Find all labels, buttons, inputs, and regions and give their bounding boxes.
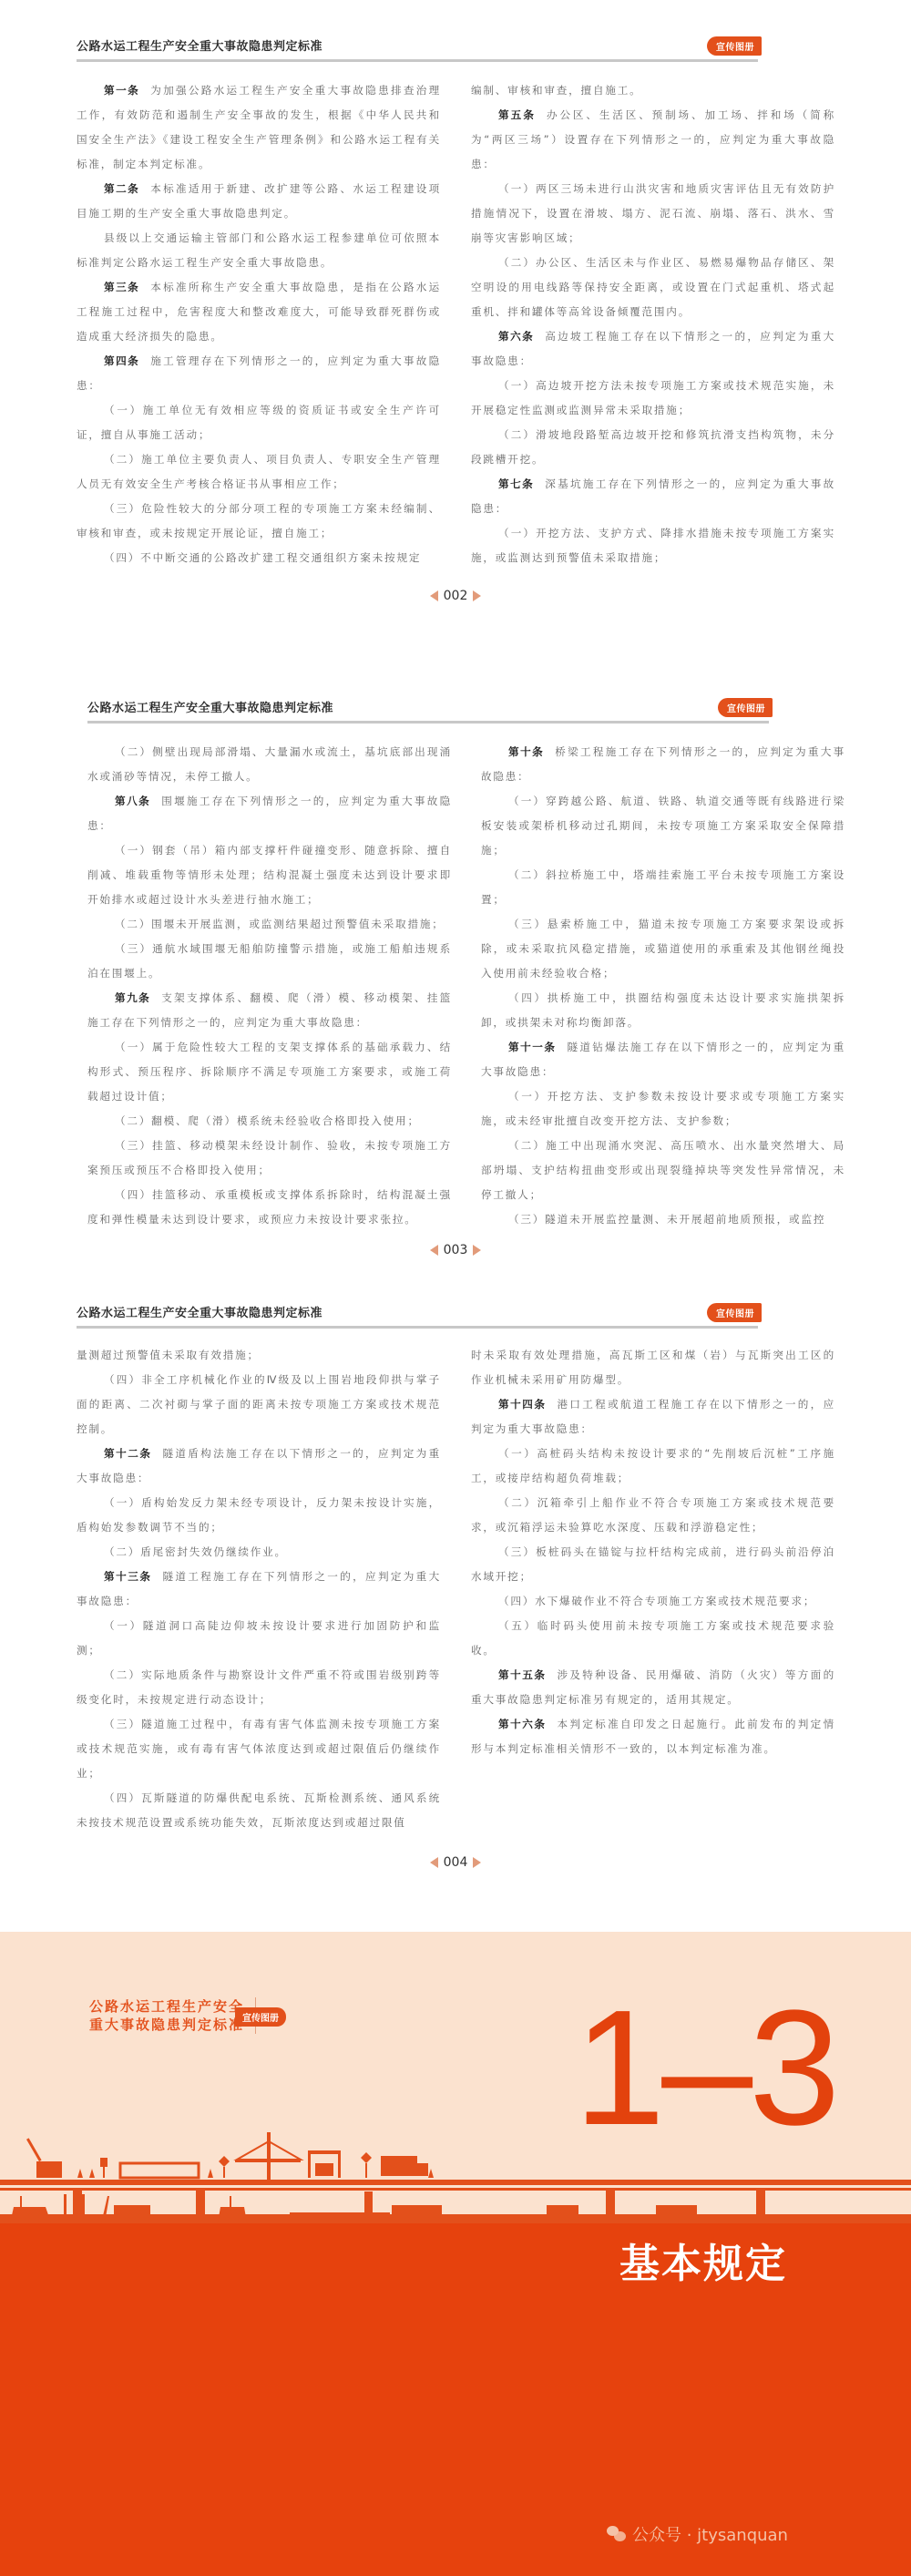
paragraph-text: （二）办公区、生活区未与作业区、易燃易爆物品存储区、架空明设的用电线路等保持安全…: [471, 256, 835, 318]
article-number: 第三条: [104, 281, 139, 293]
article-number: 第十五条: [498, 1668, 546, 1681]
paragraph-text: （二）施工中出现涌水突泥、高压喷水、出水量突然增大、局部坍塌、支护结构扭曲变形或…: [481, 1139, 845, 1201]
article-paragraph: 第九条支架支撑体系、翻模、爬（滑）模、移动模架、挂篮施工存在下列情形之一的，应判…: [87, 986, 452, 1035]
article-number: 第八条: [115, 795, 150, 807]
right-column: 编制、审核和审查，擅自施工。第五条办公区、生活区、预制场、加工场、拌和场（简称为…: [471, 78, 835, 570]
brochure-badge: 宣传图册: [707, 36, 762, 56]
article-number: 第十二条: [104, 1447, 151, 1460]
clause-paragraph: （一）开挖方法、支护方式、降排水措施未按专项施工方案实施，或监测达到预警值未采取…: [471, 521, 835, 570]
paragraph-text: （四）挂篮移动、承重模板或支撑体系拆除时，结构混凝土强度和弹性模量未达到设计要求…: [87, 1188, 452, 1226]
paragraph-text: （三）危险性较大的分部分项工程的专项施工方案未经编制、审核和审查，或未按规定开展…: [77, 502, 441, 539]
clause-paragraph: （四）水下爆破作业不符合专项施工方案或技术规范要求；: [471, 1589, 835, 1614]
paragraph-text: （三）悬索桥施工中，猫道未按专项施工方案要求架设或拆除，或未采取抗风稳定措施，或…: [481, 918, 845, 980]
cover-brochure-badge: 宣传图册: [235, 2007, 286, 2027]
page-number: 003: [444, 1243, 468, 1257]
document-page-003: 公路水运工程生产安全重大事故隐患判定标准 宣传图册 （二）侧壁出现局部滑塌、大量…: [0, 693, 911, 1294]
page-header-title: 公路水运工程生产安全重大事故隐患判定标准: [77, 1303, 322, 1320]
article-paragraph: 第八条围堰施工存在下列情形之一的，应判定为重大事故隐患：: [87, 789, 452, 838]
clause-paragraph: （一）两区三场未进行山洪灾害和地质灾害评估且无有效防护措施情况下，设置在滑坡、塌…: [471, 177, 835, 251]
clause-paragraph: 量测超过预警值未采取有效措施；: [77, 1343, 441, 1368]
page-pager: 003: [0, 1243, 911, 1257]
clause-paragraph: （二）斜拉桥施工中，塔端挂索施工平台未按专项施工方案设置；: [481, 863, 845, 912]
paragraph-text: （四）拱桥施工中，拱圈结构强度未达设计要求实施拱架拆卸，或拱架未对称均衡卸落。: [481, 991, 845, 1029]
article-number: 第六条: [498, 330, 534, 343]
article-paragraph: 第十二条隧道盾构法施工存在以下情形之一的，应判定为重大事故隐患：: [77, 1442, 441, 1491]
clause-paragraph: 编制、审核和审查，擅自施工。: [471, 78, 835, 103]
next-page-icon[interactable]: [473, 1245, 481, 1256]
paragraph-text: 为加强公路水运工程生产安全重大事故隐患排查治理工作，有效防范和遏制生产安全事故的…: [77, 84, 441, 170]
article-number: 第九条: [115, 991, 150, 1004]
article-paragraph: 第十条桥梁工程施工存在下列情形之一的，应判定为重大事故隐患：: [481, 740, 845, 789]
paragraph-text: 量测超过预警值未采取有效措施；: [77, 1349, 260, 1361]
paragraph-text: 编制、审核和审查，擅自施工。: [471, 84, 642, 97]
clause-paragraph: （四）拱桥施工中，拱圈结构强度未达设计要求实施拱架拆卸，或拱架未对称均衡卸落。: [481, 986, 845, 1035]
page-number: 004: [444, 1855, 468, 1870]
paragraph-text: （二）滑坡地段路堑高边坡开挖和修筑抗滑支挡构筑物，未分段跳槽开挖。: [471, 428, 835, 466]
clause-paragraph: （二）施工单位主要负责人、项目负责人、专职安全生产管理人员无有效安全生产考核合格…: [77, 447, 441, 497]
next-page-icon[interactable]: [473, 1857, 481, 1868]
paragraph-text: （五）临时码头使用前未按专项施工方案或技术规范要求验收。: [471, 1619, 835, 1657]
article-number: 第一条: [104, 84, 139, 97]
clause-paragraph: 县级以上交通运输主管部门和公路水运工程参建单位可依照本标准判定公路水运工程生产安…: [77, 226, 441, 275]
page-pager: 004: [0, 1855, 911, 1870]
paragraph-text: （二）围堰未开展监测，或监测结果超过预警值未采取措施；: [115, 918, 445, 930]
paragraph-text: 县级以上交通运输主管部门和公路水运工程参建单位可依照本标准判定公路水运工程生产安…: [77, 231, 441, 269]
clause-paragraph: （三）悬索桥施工中，猫道未按专项施工方案要求架设或拆除，或未采取抗风稳定措施，或…: [481, 912, 845, 986]
next-page-icon[interactable]: [473, 590, 481, 601]
paragraph-text: （一）开挖方法、支护参数未按设计要求或专项施工方案实施，或未经审批擅自改变开挖方…: [481, 1090, 845, 1127]
paragraph-text: （一）开挖方法、支护方式、降排水措施未按专项施工方案实施，或监测达到预警值未采取…: [471, 527, 835, 564]
clause-paragraph: （四）挂篮移动、承重模板或支撑体系拆除时，结构混凝土强度和弹性模量未达到设计要求…: [87, 1183, 452, 1232]
article-paragraph: 第三条本标准所称生产安全重大事故隐患，是指在公路水运工程施工过程中，危害程度大和…: [77, 275, 441, 349]
clause-paragraph: （三）通航水域围堰无船舶防撞警示措施，或施工船舶违规系泊在围堰上。: [87, 937, 452, 986]
wechat-watermark: 公众号 · jtysanquan: [607, 2522, 788, 2546]
clause-paragraph: （一）高边坡开挖方法未按专项施工方案或技术规范实施，未开展稳定性监测或监测异常未…: [471, 374, 835, 423]
article-number: 第七条: [498, 477, 534, 490]
paragraph-text: （二）斜拉桥施工中，塔端挂索施工平台未按专项施工方案设置；: [481, 868, 845, 906]
paragraph-text: （二）实际地质条件与勘察设计文件严重不符或围岩级别跨等级变化时，未按规定进行动态…: [77, 1668, 441, 1706]
page-header: 公路水运工程生产安全重大事故隐患判定标准 宣传图册: [87, 693, 769, 724]
clause-paragraph: （二）实际地质条件与勘察设计文件严重不符或围岩级别跨等级变化时，未按规定进行动态…: [77, 1663, 441, 1712]
paragraph-text: （四）不中断交通的公路改扩建工程交通组织方案未按规定: [104, 551, 421, 564]
paragraph-text: （三）通航水域围堰无船舶防撞警示措施，或施工船舶违规系泊在围堰上。: [87, 942, 452, 980]
paragraph-text: 时未采取有效处理措施，高瓦斯工区和煤（岩）与瓦斯突出工区的作业机械未采用矿用防爆…: [471, 1349, 835, 1386]
prev-page-icon[interactable]: [430, 1245, 438, 1256]
document-page-004: 公路水运工程生产安全重大事故隐患判定标准 宣传图册 量测超过预警值未采取有效措施…: [0, 1298, 911, 1881]
clause-paragraph: （三）挂篮、移动模架未经设计制作、验收，未按专项施工方案预压或预压不合格即投入使…: [87, 1134, 452, 1183]
page-header: 公路水运工程生产安全重大事故隐患判定标准 宣传图册: [77, 1298, 758, 1329]
document-page-002: 公路水运工程生产安全重大事故隐患判定标准 宣传图册 第一条为加强公路水运工程生产…: [0, 0, 911, 656]
article-paragraph: 第一条为加强公路水运工程生产安全重大事故隐患排查治理工作，有效防范和遏制生产安全…: [77, 78, 441, 177]
chapter-title: 基本规定: [619, 2231, 787, 2289]
cover-title: 公路水运工程生产安全 重大事故隐患判定标准: [89, 1997, 256, 2034]
construction-skyline-illustration: [0, 2068, 911, 2232]
paragraph-text: （四）瓦斯隧道的防爆供配电系统、瓦斯检测系统、通风系统未按技术规范设置或系统功能…: [77, 1791, 441, 1829]
page-number: 002: [444, 589, 468, 603]
article-number: 第十一条: [508, 1041, 556, 1053]
clause-paragraph: （二）滑坡地段路堑高边坡开挖和修筑抗滑支挡构筑物，未分段跳槽开挖。: [471, 423, 835, 472]
right-column: 第十条桥梁工程施工存在下列情形之一的，应判定为重大事故隐患：（一）穿跨越公路、航…: [481, 740, 845, 1232]
article-paragraph: 第十五条涉及特种设备、民用爆破、消防（火灾）等方面的重大事故隐患判定标准另有规定…: [471, 1663, 835, 1712]
paragraph-text: （四）水下爆破作业不符合专项施工方案或技术规范要求；: [498, 1595, 815, 1607]
clause-paragraph: （四）非全工序机械化作业的Ⅳ级及以上围岩地段仰拱与掌子面的距离、二次衬砌与掌子面…: [77, 1368, 441, 1442]
cover-title-line2: 重大事故隐患判定标准: [89, 2016, 244, 2034]
prev-page-icon[interactable]: [430, 590, 438, 601]
clause-paragraph: 时未采取有效处理措施，高瓦斯工区和煤（岩）与瓦斯突出工区的作业机械未采用矿用防爆…: [471, 1343, 835, 1392]
page-header-title: 公路水运工程生产安全重大事故隐患判定标准: [87, 698, 333, 715]
paragraph-text: （二）施工单位主要负责人、项目负责人、专职安全生产管理人员无有效安全生产考核合格…: [77, 453, 441, 490]
article-paragraph: 第十四条港口工程或航道工程施工存在以下情形之一的，应判定为重大事故隐患：: [471, 1392, 835, 1442]
article-number: 第十六条: [498, 1718, 546, 1730]
paragraph-text: （一）施工单位无有效相应等级的资质证书或安全生产许可证，擅自从事施工活动；: [77, 404, 441, 441]
paragraph-text: （一）属于危险性较大工程的支架支撑体系的基础承载力、结构形式、预压程序、拆除顺序…: [87, 1041, 452, 1103]
paragraph-text: （二）盾尾密封失效仍继续作业。: [104, 1545, 287, 1558]
wechat-icon: [607, 2526, 627, 2542]
left-column: （二）侧壁出现局部滑塌、大量漏水或流土，基坑底部出现涌水或涌砂等情况，未停工撤人…: [87, 740, 452, 1232]
paragraph-text: （一）高边坡开挖方法未按专项施工方案或技术规范实施，未开展稳定性监测或监测异常未…: [471, 379, 835, 416]
left-column: 量测超过预警值未采取有效措施；（四）非全工序机械化作业的Ⅳ级及以上围岩地段仰拱与…: [77, 1343, 441, 1835]
brochure-badge: 宣传图册: [707, 1303, 762, 1322]
article-paragraph: 第十六条本判定标准自印发之日起施行。此前发布的判定情形与本判定标准相关情形不一致…: [471, 1712, 835, 1761]
clause-paragraph: （四）瓦斯隧道的防爆供配电系统、瓦斯检测系统、通风系统未按技术规范设置或系统功能…: [77, 1786, 441, 1835]
paragraph-text: （一）穿跨越公路、航道、铁路、轨道交通等既有线路进行梁板安装或架桥机移动过孔期间…: [481, 795, 845, 857]
cover-title-line1: 公路水运工程生产安全: [89, 1997, 244, 2016]
clause-paragraph: （三）隧道未开展监控量测、未开展超前地质预报，或监控: [481, 1207, 845, 1232]
article-paragraph: 第六条高边坡工程施工存在以下情形之一的，应判定为重大事故隐患：: [471, 324, 835, 374]
clause-paragraph: （一）隧道洞口高陡边仰坡未按设计要求进行加固防护和监测；: [77, 1614, 441, 1663]
article-number: 第十条: [508, 745, 544, 758]
clause-paragraph: （三）隧道施工过程中，有毒有害气体监测未按专项施工方案或技术规范实施，或有毒有害…: [77, 1712, 441, 1786]
clause-paragraph: （二）围堰未开展监测，或监测结果超过预警值未采取措施；: [87, 912, 452, 937]
clause-paragraph: （一）钢套（吊）箱内部支撑杆件碰撞变形、随意拆除、擅自削减、堆载重物等情形未处理…: [87, 838, 452, 912]
clause-paragraph: （一）穿跨越公路、航道、铁路、轨道交通等既有线路进行梁板安装或架桥机移动过孔期间…: [481, 789, 845, 863]
brochure-badge: 宣传图册: [718, 698, 773, 717]
clause-paragraph: （一）施工单位无有效相应等级的资质证书或安全生产许可证，擅自从事施工活动；: [77, 398, 441, 447]
right-column: 时未采取有效处理措施，高瓦斯工区和煤（岩）与瓦斯突出工区的作业机械未采用矿用防爆…: [471, 1343, 835, 1761]
clause-paragraph: （二）施工中出现涌水突泥、高压喷水、出水量突然增大、局部坍塌、支护结构扭曲变形或…: [481, 1134, 845, 1207]
paragraph-text: （三）板桩码头在锚锭与拉杆结构完成前，进行码头前沿停泊水域开挖；: [471, 1545, 835, 1583]
paragraph-text: （一）高桩码头结构未按设计要求的“先削坡后沉桩”工序施工，或接岸结构超负荷堆载；: [471, 1447, 835, 1484]
paragraph-text: （四）非全工序机械化作业的Ⅳ级及以上围岩地段仰拱与掌子面的距离、二次衬砌与掌子面…: [77, 1373, 441, 1435]
left-column: 第一条为加强公路水运工程生产安全重大事故隐患排查治理工作，有效防范和遏制生产安全…: [77, 78, 441, 570]
page-pager: 002: [0, 589, 911, 603]
article-paragraph: 第四条施工管理存在下列情形之一的，应判定为重大事故隐患：: [77, 349, 441, 398]
clause-paragraph: （一）开挖方法、支护参数未按设计要求或专项施工方案实施，或未经审批擅自改变开挖方…: [481, 1084, 845, 1134]
paragraph-text: （一）钢套（吊）箱内部支撑杆件碰撞变形、随意拆除、擅自削减、堆载重物等情形未处理…: [87, 844, 452, 906]
clause-paragraph: （二）办公区、生活区未与作业区、易燃易爆物品存储区、架空明设的用电线路等保持安全…: [471, 251, 835, 324]
paragraph-text: （二）侧壁出现局部滑塌、大量漏水或流土，基坑底部出现涌水或涌砂等情况，未停工撤人…: [87, 745, 452, 783]
article-paragraph: 第五条办公区、生活区、预制场、加工场、拌和场（简称为“两区三场”）设置存在下列情…: [471, 103, 835, 177]
paragraph-text: （一）两区三场未进行山洪灾害和地质灾害评估且无有效防护措施情况下，设置在滑坡、塌…: [471, 182, 835, 244]
article-paragraph: 第十三条隧道工程施工存在下列情形之一的，应判定为重大事故隐患：: [77, 1565, 441, 1614]
clause-paragraph: （一）属于危险性较大工程的支架支撑体系的基础承载力、结构形式、预压程序、拆除顺序…: [87, 1035, 452, 1109]
paragraph-text: （三）隧道未开展监控量测、未开展超前地质预报，或监控: [508, 1213, 825, 1226]
paragraph-text: （一）盾构始发反力架未经专项设计，反力架未按设计实施，盾构始发参数调节不当的；: [77, 1496, 441, 1534]
article-paragraph: 第二条本标准适用于新建、改扩建等公路、水运工程建设项目施工期的生产安全重大事故隐…: [77, 177, 441, 226]
paragraph-text: （三）隧道施工过程中，有毒有害气体监测未按专项施工方案或技术规范实施，或有毒有害…: [77, 1718, 441, 1780]
clause-paragraph: （一）高桩码头结构未按设计要求的“先削坡后沉桩”工序施工，或接岸结构超负荷堆载；: [471, 1442, 835, 1491]
page-header-title: 公路水运工程生产安全重大事故隐患判定标准: [77, 36, 322, 54]
clause-paragraph: （四）不中断交通的公路改扩建工程交通组织方案未按规定: [77, 546, 441, 570]
article-number: 第四条: [104, 354, 139, 367]
page-header: 公路水运工程生产安全重大事故隐患判定标准 宣传图册: [77, 31, 758, 62]
article-number: 第二条: [104, 182, 139, 195]
paragraph-text: （三）挂篮、移动模架未经设计制作、验收，未按专项施工方案预压或预压不合格即投入使…: [87, 1139, 452, 1176]
paragraph-text: （二）沉箱牵引上船作业不符合专项施工方案或技术规范要求，或沉箱浮运未验算吃水深度…: [471, 1496, 835, 1534]
article-number: 第十四条: [498, 1398, 546, 1411]
clause-paragraph: （二）沉箱牵引上船作业不符合专项施工方案或技术规范要求，或沉箱浮运未验算吃水深度…: [471, 1491, 835, 1540]
paragraph-text: （二）翻模、爬（滑）模系统未经验收合格即投入使用；: [115, 1114, 420, 1127]
clause-paragraph: （五）临时码头使用前未按专项施工方案或技术规范要求验收。: [471, 1614, 835, 1663]
article-paragraph: 第十一条隧道钻爆法施工存在以下情形之一的，应判定为重大事故隐患：: [481, 1035, 845, 1084]
clause-paragraph: （二）盾尾密封失效仍继续作业。: [77, 1540, 441, 1565]
watermark-text: 公众号 · jtysanquan: [632, 2522, 788, 2546]
article-number: 第五条: [498, 108, 536, 121]
article-paragraph: 第七条深基坑施工存在下列情形之一的，应判定为重大事故隐患：: [471, 472, 835, 521]
clause-paragraph: （二）翻模、爬（滑）模系统未经验收合格即投入使用；: [87, 1109, 452, 1134]
clause-paragraph: （三）板桩码头在锚锭与拉杆结构完成前，进行码头前沿停泊水域开挖；: [471, 1540, 835, 1589]
clause-paragraph: （三）危险性较大的分部分项工程的专项施工方案未经编制、审核和审查，或未按规定开展…: [77, 497, 441, 546]
article-number: 第十三条: [104, 1570, 151, 1583]
clause-paragraph: （一）盾构始发反力架未经专项设计，反力架未按设计实施，盾构始发参数调节不当的；: [77, 1491, 441, 1540]
prev-page-icon[interactable]: [430, 1857, 438, 1868]
paragraph-text: （一）隧道洞口高陡边仰坡未按设计要求进行加固防护和监测；: [77, 1619, 441, 1657]
clause-paragraph: （二）侧壁出现局部滑塌、大量漏水或流土，基坑底部出现涌水或涌砂等情况，未停工撤人…: [87, 740, 452, 789]
